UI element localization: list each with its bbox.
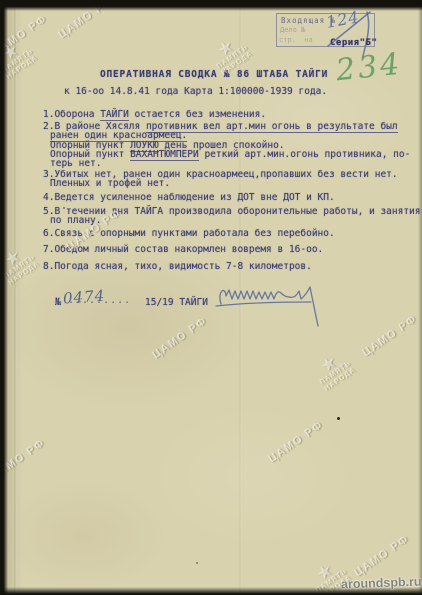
logo-text: ПАМЯТЬ — [216, 44, 250, 71]
document-page: ЦАМО РФЦАМО РФЦАМО РФЦАМО РФЦАМО РФЦАМО … — [0, 0, 422, 595]
report-body: 1.Оборона ТАЙГИ остается без изменения.2… — [43, 110, 421, 271]
typed-text: 1.Оборона — [43, 109, 100, 120]
typed-text: Пленных и трофей нет. — [50, 178, 170, 189]
typed-text: по плану. — [50, 215, 101, 226]
body-line: терь нет. — [43, 159, 421, 168]
typed-text: 6.Связь с опорными пунктами работала без… — [43, 228, 335, 239]
archive-watermark: ЦАМО РФ — [360, 313, 419, 359]
typed-text: реткий арт.мин.огонь противника, по- — [199, 149, 411, 160]
report-title: ОПЕРАТИВНАЯ СВОДКА № 86 ШТАБА ТАЙГИ — [100, 69, 328, 80]
body-line: 1.Оборона ТАЙГИ остается без изменения. — [43, 110, 421, 119]
archive-watermark: ЦАМО РФ — [352, 533, 411, 579]
body-line: 6.Связь с опорными пунктами работала без… — [43, 229, 421, 238]
outgoing-number-label: № — [55, 297, 61, 308]
typed-text: 7.Обедом личный состав накормлен вовремя… — [43, 244, 323, 255]
dust-speck — [337, 417, 340, 420]
body-line: 8.Погода ясная, тихо, видимость 7-8 кило… — [43, 262, 421, 271]
outgoing-number-handwritten: 0474 — [62, 287, 105, 308]
logo-text: НАРОДА — [323, 366, 357, 393]
typed-text: 4.Ведется усиленное наблюдение из ДОТ вн… — [43, 192, 335, 203]
body-line: 7.Обедом личный состав накормлен вовремя… — [43, 245, 421, 254]
body-line: по плану. — [43, 216, 421, 225]
logo-text: НАРОДА — [5, 54, 39, 81]
series-label: Серия"Б" — [330, 38, 377, 48]
scan-edge-top — [0, 0, 422, 11]
typed-text: терь нет. — [50, 158, 101, 169]
star-icon: ★ — [217, 39, 237, 59]
archive-watermark: ЦАМО РФ — [150, 315, 209, 361]
dust-speck — [196, 562, 198, 564]
star-icon: ★ — [320, 355, 340, 375]
dust-speck — [63, 207, 65, 209]
scan-edge-left — [0, 0, 8, 595]
stamp-line-page: стр. на — [279, 36, 313, 44]
body-line: 4.Ведется усиленное наблюдение из ДОТ вн… — [43, 193, 421, 202]
report-subtitle: к 16-оо 14.8.41 года Карта 1:100000-1939… — [64, 86, 327, 97]
stamp-line-delo: Дело № — [280, 26, 305, 34]
star-icon: ★ — [316, 563, 336, 583]
memory-of-people-logo-watermark: ★ПАМЯТЬНАРОДА — [311, 348, 358, 393]
logo-text: НАРОДА — [7, 260, 41, 287]
underlined-text: ВАХАНТЮМПЕРИ — [130, 149, 199, 161]
sender-reference: 15/19 ТАЙГИ — [145, 297, 208, 308]
signature-icon — [213, 284, 328, 334]
scan-edge-right — [418, 0, 422, 595]
typed-text: остается без изменения. — [129, 109, 266, 120]
logo-text: ПАМЯТЬ — [319, 360, 353, 387]
stamp-handwritten-number: 124 — [318, 6, 378, 62]
underlined-text: ТАЙГИ — [100, 109, 129, 121]
signature — [213, 284, 328, 338]
archive-watermark: ЦАМО РФ — [266, 419, 325, 465]
typed-text: 8.Погода ясная, тихо, видимость 7-8 кило… — [43, 261, 312, 272]
site-watermark: aroundspb.ru — [341, 575, 422, 592]
body-line: Пленных и трофей нет. — [43, 179, 421, 188]
